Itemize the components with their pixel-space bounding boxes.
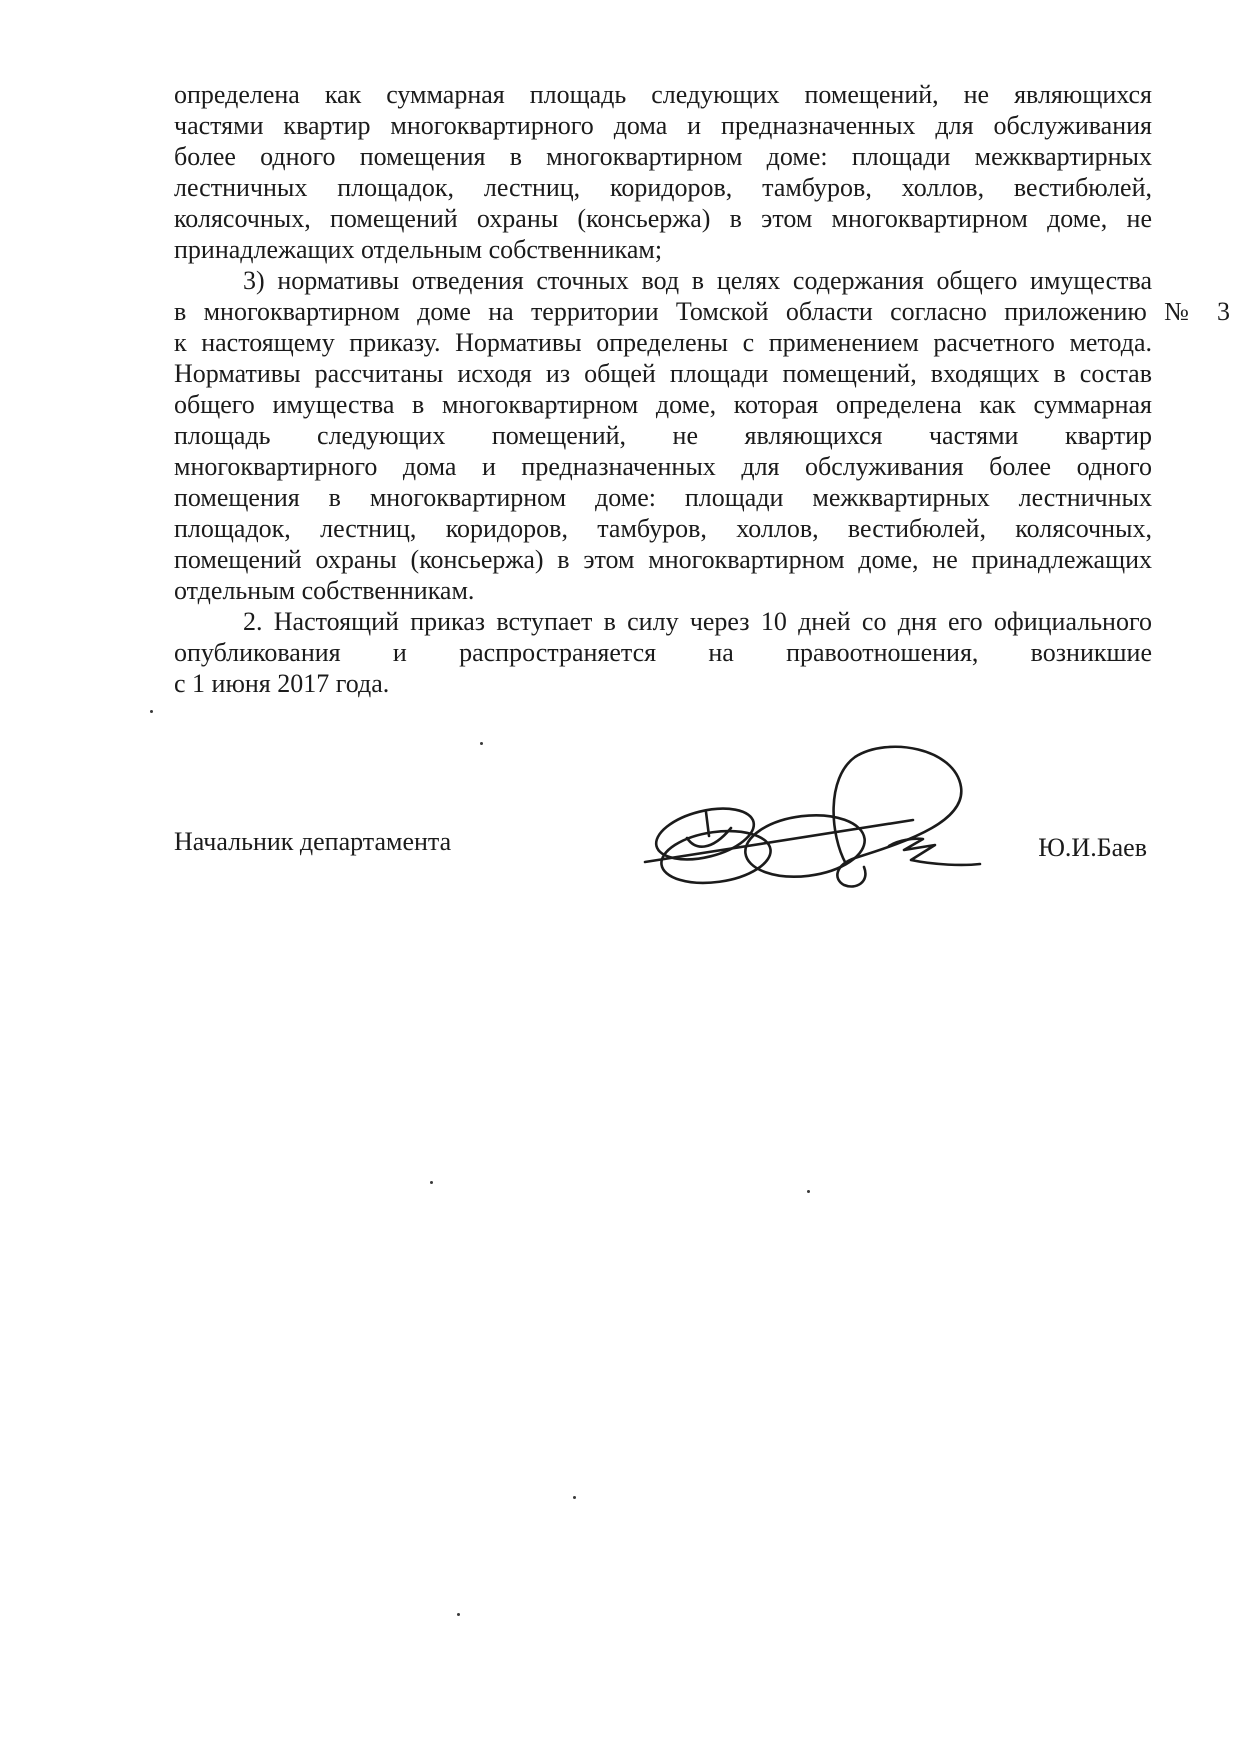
scan-speck xyxy=(457,1613,460,1616)
text-line: принадлежащих отдельным собственникам; xyxy=(174,234,1152,265)
scan-speck xyxy=(480,742,483,745)
text-line: частями квартир многоквартирного дома и … xyxy=(174,110,1152,141)
text-line: Нормативы рассчитаны исходя из общей пло… xyxy=(174,358,1152,389)
document-body-text: определена как суммарная площадь следующ… xyxy=(174,79,1230,699)
text-line: общего имущества в многоквартирном доме,… xyxy=(174,389,1152,420)
text-line: определена как суммарная площадь следующ… xyxy=(174,79,1152,110)
signature-stroke xyxy=(742,809,868,883)
scan-speck xyxy=(430,1181,433,1184)
text-line: к настоящему приказу. Нормативы определе… xyxy=(174,327,1152,358)
text-line: площадь следующих помещений, не являющих… xyxy=(174,420,1152,451)
text-line: помещения в многоквартирном доме: площад… xyxy=(174,482,1152,513)
scanned-document-page: определена как суммарная площадь следующ… xyxy=(0,0,1240,1752)
text-line: лестничных площадок, лестниц, коридоров,… xyxy=(174,172,1152,203)
scan-speck xyxy=(150,710,153,713)
text-line: более одного помещения в многоквартирном… xyxy=(174,141,1152,172)
signature-stroke xyxy=(645,820,913,862)
handwritten-signature xyxy=(583,740,983,895)
text-line: многоквартирного дома и предназначенных … xyxy=(174,451,1152,482)
text-line: колясочных, помещений охраны (консьержа)… xyxy=(174,203,1152,234)
signer-position-title: Начальник департамента xyxy=(174,826,451,857)
scan-speck xyxy=(573,1496,576,1499)
text-line: площадок, лестниц, коридоров, тамбуров, … xyxy=(174,513,1152,544)
text-line: 2. Настоящий приказ вступает в силу чере… xyxy=(174,606,1152,637)
text-line: отдельным собственникам. xyxy=(174,575,1152,606)
text-line: с 1 июня 2017 года. xyxy=(174,668,1152,699)
paragraph: определена как суммарная площадь следующ… xyxy=(174,79,1230,265)
text-line: опубликования и распространяется на прав… xyxy=(174,637,1152,668)
text-line: в многоквартирном доме на территории Том… xyxy=(174,296,1230,327)
text-line: 3) нормативы отведения сточных вод в цел… xyxy=(174,265,1152,296)
text-line: помещений охраны (консьержа) в этом мног… xyxy=(174,544,1152,575)
paragraph: 3) нормативы отведения сточных вод в цел… xyxy=(174,265,1230,606)
paragraph: 2. Настоящий приказ вступает в силу чере… xyxy=(174,606,1230,699)
scan-speck xyxy=(807,1190,810,1193)
signer-name: Ю.И.Баев xyxy=(1038,832,1147,863)
